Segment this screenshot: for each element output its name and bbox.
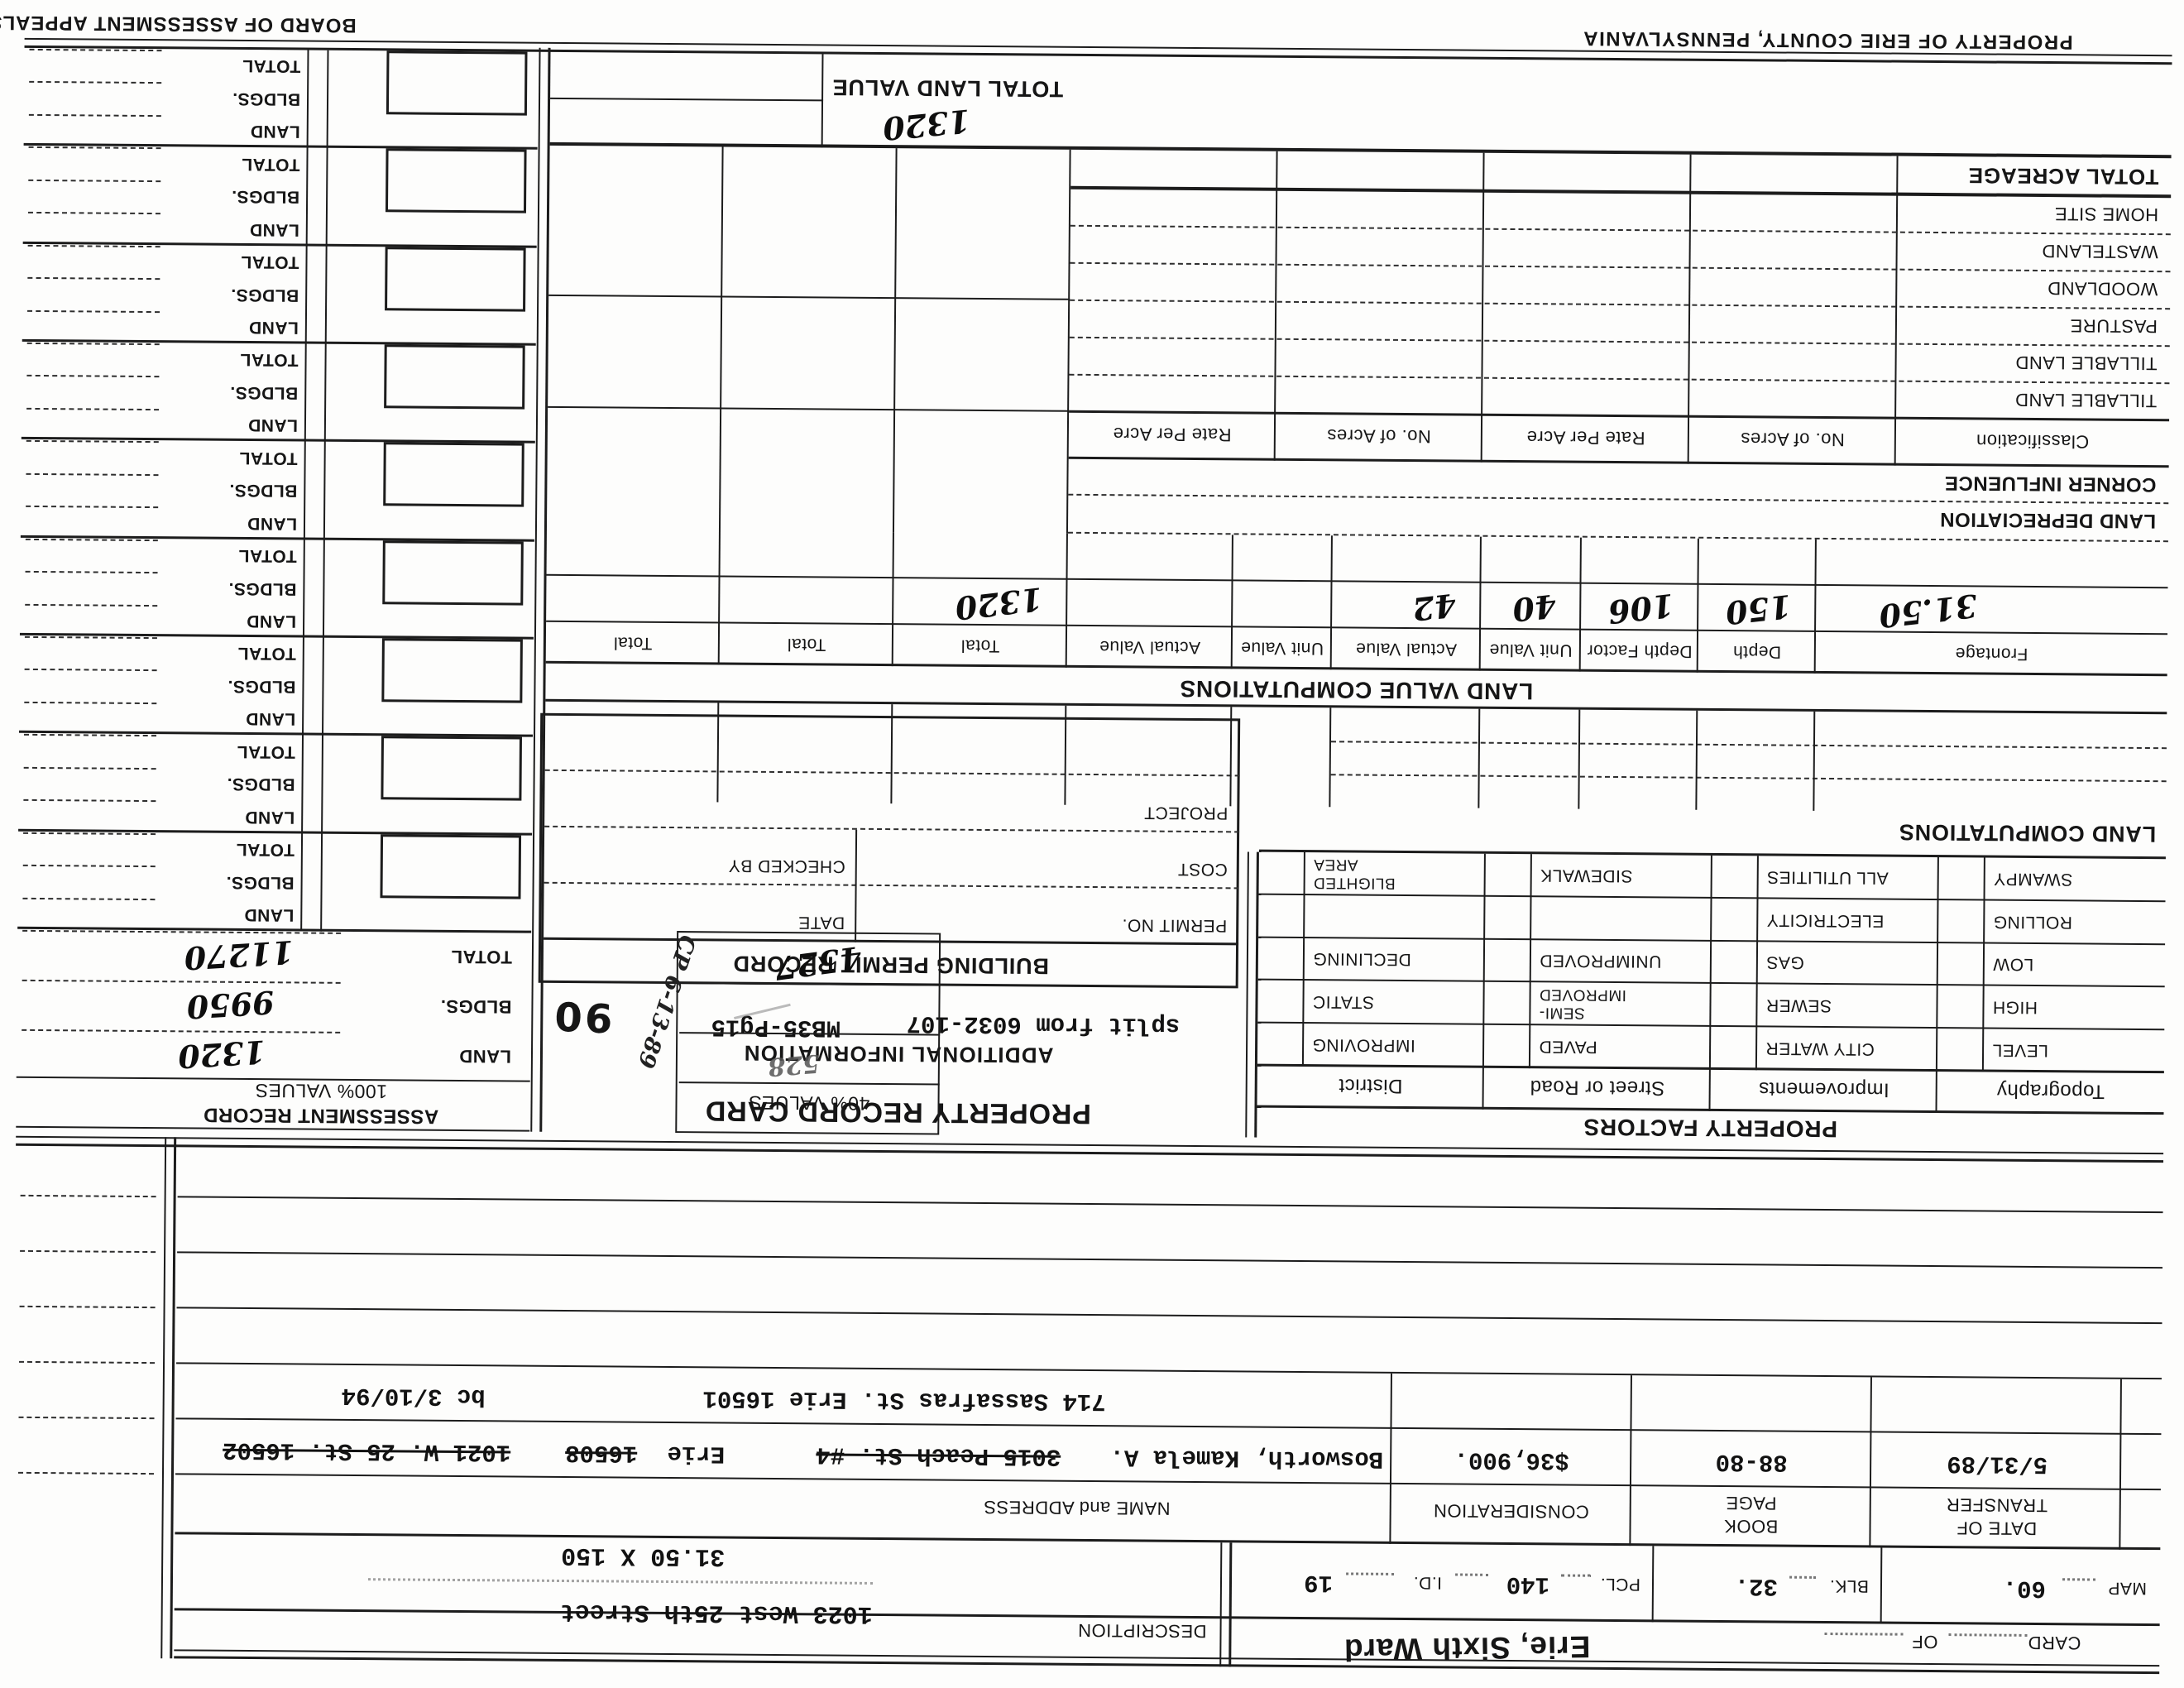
permit-cost-label: COST <box>1177 859 1228 879</box>
hundred-pct-header: 100% VALUES <box>113 1078 530 1104</box>
grid-line <box>160 1137 166 1658</box>
grid-line <box>1880 1548 1883 1624</box>
assessment-row-label: TOTAL <box>237 741 295 762</box>
assessment-row-label: LAND <box>248 415 299 434</box>
assessment-record-title: ASSESSMENT RECORD <box>112 1102 529 1129</box>
pcl-label: PCL. <box>1600 1574 1640 1594</box>
assessment-row-label: BLDGS. <box>228 578 297 598</box>
card-label: CARD <box>2028 1632 2081 1654</box>
rule <box>550 98 823 102</box>
assessment-year-box <box>383 443 524 507</box>
lvc-header: Total <box>893 635 1067 656</box>
classification-row-label: TILLABLE LAND <box>2015 352 2158 374</box>
rule <box>26 539 158 541</box>
grid-line <box>2119 1379 2122 1550</box>
classification-header: Rate Per Acre <box>1069 423 1276 446</box>
factor-option: CITY WATER <box>1765 1038 1937 1059</box>
dotted-leader <box>1346 1572 1394 1575</box>
permit-no-label: PERMIT NO. <box>1122 914 1227 935</box>
assessment-row-label: LAND <box>250 121 300 141</box>
transfer-header-consideration: CONSIDERATION <box>1391 1499 1631 1523</box>
corner-influence-label: CORNER INFLUENCE <box>1944 471 2156 496</box>
assessment-100pct-value: 9950 <box>185 984 275 1026</box>
transfer-book-page: 88-80 <box>1631 1447 1871 1476</box>
assessment-row-label: TOTAL <box>242 55 301 76</box>
rule <box>550 142 2172 158</box>
blk-label: BLK. <box>1829 1575 1869 1595</box>
lot-dimensions: 31.50 X 150 <box>561 1541 725 1571</box>
rule <box>1070 225 2171 235</box>
rule <box>23 865 156 867</box>
rule <box>27 343 160 345</box>
forty-pct-header: 40% VALUES <box>678 1091 939 1115</box>
assessment-year-box <box>381 638 523 703</box>
rule <box>26 375 159 377</box>
pcl-value: 140 <box>1506 1571 1549 1598</box>
transfer-header-book: BOOK <box>1631 1514 1870 1537</box>
rule <box>19 1361 155 1364</box>
assessment-row-label: BLDGS. <box>229 480 298 501</box>
assessment-row-label: BLDGS. <box>227 676 296 697</box>
factor-option: AREA <box>1314 855 1486 875</box>
owner-name: Bosworth, Kamela A. <box>1109 1443 1383 1473</box>
classification-row-label: HOME SITE <box>2054 203 2158 225</box>
grid-line <box>1695 711 1698 810</box>
rule <box>1069 374 2169 384</box>
factor-option: LOW <box>1993 954 2165 976</box>
factor-option: BLIGHTED <box>1314 873 1486 893</box>
lvc-value: 31.50 <box>1877 587 1979 635</box>
assessment-row-label: BLDGS. <box>232 186 300 207</box>
assessment-year-box <box>386 149 527 213</box>
factor-column-header: Improvements <box>1711 1077 1937 1101</box>
grid-line <box>1329 707 1331 807</box>
assessment-row-label: TOTAL <box>240 349 299 370</box>
permit-project-label: PROJECT <box>1144 802 1228 822</box>
lvc-header: Depth Factor <box>1581 640 1698 661</box>
transfer-header-date: DATE OF <box>1872 1516 2120 1539</box>
map-value: 60. <box>2003 1575 2046 1602</box>
rule <box>27 277 160 280</box>
factor-option: PAVED <box>1539 1036 1711 1057</box>
assessment-row-label: TOTAL <box>237 643 296 664</box>
rule <box>1070 262 2171 272</box>
factor-option: STATIC <box>1312 991 1484 1013</box>
assessment-row-label: TOTAL <box>242 154 300 175</box>
rule <box>178 1196 2163 1213</box>
ward-stamp: Erie, Sixth Ward <box>1343 1629 1591 1667</box>
rule <box>26 473 158 476</box>
rule <box>27 309 160 312</box>
classification-row-label: WASTELAND <box>2042 240 2158 262</box>
total-land-value-amount: 1320 <box>881 102 972 147</box>
lvc-header: Depth <box>1698 641 1816 662</box>
lvc-header: Unit Value <box>1233 637 1332 658</box>
rule <box>20 1250 156 1253</box>
rule <box>177 1307 2162 1324</box>
owner-address-current: 714 Sassafras St. Erie 16501 <box>702 1384 1106 1415</box>
lvc-header: Actual Value <box>1067 636 1233 658</box>
card-rotated-180: CARD OF Erie, Sixth Ward MAP 60. BLK. 32… <box>12 15 2172 1674</box>
id-value: 19 <box>1304 1569 1333 1596</box>
rule <box>22 897 155 899</box>
scanned-property-record-card: CARD OF Erie, Sixth Ward MAP 60. BLK. 32… <box>0 0 2184 1688</box>
permit-date-label: DATE <box>798 912 845 932</box>
owner-address2-struck: 1021 W. 25 St. 16502 <box>223 1436 510 1466</box>
factor-option: IMPROVED <box>1540 985 1712 1005</box>
footer-right: BOARD OF ASSESSMENT APPEALS <box>0 10 357 36</box>
lvc-header: Total <box>720 633 893 655</box>
rule <box>24 702 156 704</box>
factor-option: SWAMPY <box>1994 868 2166 890</box>
rule <box>1331 774 2167 782</box>
rule <box>26 571 158 573</box>
grid-line <box>170 1137 176 1658</box>
grid-line <box>1869 1377 1872 1547</box>
description-label: DESCRIPTION <box>1078 1619 1207 1642</box>
total-acreage-label: TOTAL ACREAGE <box>1968 162 2159 189</box>
rule <box>1068 494 2168 504</box>
factor-column-header: Street or Road <box>1484 1075 1711 1100</box>
dotted-leader <box>1825 1633 1904 1636</box>
rule <box>1070 337 2170 347</box>
assessment-row-label: LAND <box>249 219 299 239</box>
rule <box>26 408 159 410</box>
grid-line <box>1755 856 1759 1070</box>
rule <box>548 295 1070 300</box>
grid-line <box>1813 712 1815 811</box>
id-label: I.D. <box>1413 1572 1442 1592</box>
rule <box>1069 410 2169 421</box>
grid-line <box>300 50 309 932</box>
grid-line <box>1302 852 1305 1067</box>
assessment-row-label: TOTAL <box>451 946 512 968</box>
rule <box>29 146 161 149</box>
factor-option: LEVEL <box>1992 1040 2164 1062</box>
factor-option: ELECTRICITY <box>1766 909 1938 931</box>
rule <box>26 506 158 508</box>
assessment-row-label: BLDGS. <box>232 89 301 109</box>
grid-line <box>1652 1546 1655 1622</box>
lvc-header: Frontage <box>1816 642 2167 664</box>
factor-option: ALL UTILITIES <box>1767 866 1939 888</box>
transfer-header-date2: TRANSFER <box>1873 1493 2121 1516</box>
rule <box>28 212 160 214</box>
factor-option: UNIMPROVED <box>1540 951 1712 972</box>
classification-header: Rate Per Acre <box>1482 426 1689 449</box>
factor-option: HIGH <box>1992 997 2164 1019</box>
lvc-value: 1320 <box>953 580 1044 627</box>
grid-line <box>1478 709 1480 808</box>
classification-header: No. of Acres <box>1276 424 1482 448</box>
rule <box>1331 741 2167 749</box>
rule <box>25 669 157 671</box>
assessment-row-label: LAND <box>248 317 299 337</box>
grid-line <box>1228 1542 1232 1666</box>
rule <box>1069 457 2169 468</box>
factor-column-header: Topography <box>1937 1078 2164 1103</box>
lvc-value: 42 <box>1410 586 1458 628</box>
transfer-consideration: $36,900. <box>1391 1446 1631 1475</box>
grid-line <box>719 146 724 530</box>
rule <box>177 1251 2162 1268</box>
rule <box>26 440 159 443</box>
lvc-value: 106 <box>1607 587 1676 631</box>
total-land-value-label: TOTAL LAND VALUE <box>832 74 1064 102</box>
assessment-row-label: BLDGS. <box>226 871 295 892</box>
rule <box>29 114 161 117</box>
rule <box>19 1417 155 1419</box>
grid-line <box>1529 854 1532 1068</box>
grid-line <box>320 50 328 932</box>
rule <box>23 799 156 802</box>
factor-option: DECLINING <box>1313 949 1485 971</box>
owner-address-struck: 3015 Peach St. #4 <box>816 1441 1061 1470</box>
street-address: 1023 West 25th Street <box>560 1597 873 1628</box>
map-label: MAP <box>2108 1578 2147 1598</box>
rule <box>548 406 1069 412</box>
dotted-leader <box>1789 1576 1816 1579</box>
lvc-value: 40 <box>1511 587 1559 629</box>
classification-row-label: PASTURE <box>2070 314 2158 337</box>
lvc-header: Actual Value <box>1332 638 1481 659</box>
property-factors-title: PROPERTY FACTORS <box>1257 1111 2163 1145</box>
rule <box>547 574 2168 588</box>
assessment-row-label: LAND <box>244 904 295 924</box>
grid-line <box>893 148 898 532</box>
factor-option: SEMI- <box>1539 1003 1711 1023</box>
rule <box>25 636 157 639</box>
classification-header: Classification <box>1896 429 2169 453</box>
assessment-row-label: TOTAL <box>241 252 299 272</box>
grid-line <box>1245 851 1249 1137</box>
assessment-year-box <box>382 540 524 605</box>
transfer-header-page: PAGE <box>1631 1491 1871 1514</box>
lvc-header: Unit Value <box>1481 640 1581 660</box>
assessment-year-box <box>380 834 521 899</box>
rule <box>21 1195 156 1197</box>
rule <box>22 980 341 984</box>
factor-option: GAS <box>1766 952 1938 974</box>
owner-address-note: bc 3/10/94 <box>342 1382 486 1410</box>
factor-option: SIDEWALK <box>1540 865 1712 886</box>
assessment-row-label: LAND <box>245 807 295 827</box>
assessment-row-label: LAND <box>246 708 296 728</box>
owner-zip-struck: 16508 <box>565 1439 637 1467</box>
rule <box>29 49 161 51</box>
rule <box>28 245 160 247</box>
transfer-header-name: NAME and ADDRESS <box>763 1494 1391 1521</box>
factor-option: ROLLING <box>1993 911 2165 933</box>
rule <box>1070 300 2170 309</box>
assessment-row-label: LAND <box>459 1045 511 1067</box>
assessment-row-label: TOTAL <box>239 448 298 468</box>
grid-line <box>1578 710 1580 809</box>
rule <box>20 1306 156 1308</box>
rule <box>176 1417 2162 1435</box>
assessment-row-label: BLDGS. <box>227 774 295 794</box>
lvc-header: Total <box>546 632 720 654</box>
assessment-year-box <box>385 247 526 311</box>
assessment-row-label: TOTAL <box>236 839 295 860</box>
dotted-leader <box>1949 1633 2028 1637</box>
rule <box>16 1144 2163 1163</box>
split-note: split from 6032-107 <box>907 1009 1181 1039</box>
dotted-leader <box>1455 1573 1488 1575</box>
land-depreciation-label: LAND DEPRECIATION <box>1940 507 2157 532</box>
rule <box>24 734 156 736</box>
rule <box>24 767 156 770</box>
rule <box>28 180 160 182</box>
land-computations-title: LAND COMPUTATIONS <box>1899 819 2156 846</box>
transfer-date: 5/31/89 <box>1873 1449 2121 1478</box>
dotted-leader <box>2062 1578 2095 1580</box>
dotted-rule <box>368 1578 873 1585</box>
lvc-value: 150 <box>1724 587 1794 632</box>
assessment-100pct-value: 11270 <box>183 933 295 977</box>
rule <box>25 603 157 606</box>
classification-row-label: WOODLAND <box>2047 277 2158 300</box>
assessment-row-label: LAND <box>247 611 297 631</box>
blk-value: 32. <box>1735 1572 1778 1599</box>
assessment-year-box <box>386 50 528 115</box>
classification-row-label: TILLABLE LAND <box>2015 389 2158 411</box>
assessment-row-label: BLDGS. <box>230 382 299 403</box>
assessment-row-label: TOTAL <box>238 545 297 566</box>
rule <box>176 1362 2162 1379</box>
assessment-year-box <box>384 344 525 409</box>
rule <box>22 1029 340 1033</box>
rule <box>18 1472 154 1475</box>
assessment-row-label: BLDGS. <box>440 995 511 1018</box>
assessment-row-label: BLDGS. <box>231 284 299 305</box>
rule <box>29 81 161 84</box>
of-label: OF <box>1912 1631 1938 1652</box>
forty-pct-land-scribble: 528 <box>767 1048 821 1081</box>
factor-option: IMPROVING <box>1312 1034 1484 1056</box>
owner-address-city: Erie <box>667 1440 725 1468</box>
grid-line <box>1982 857 1985 1072</box>
assessment-year-box <box>381 736 522 801</box>
footer-left: PROPERTY OF ERIE COUNTY, PENNSYLVANIA <box>1583 26 2073 54</box>
dotted-leader <box>1561 1574 1591 1576</box>
grid-line <box>1066 150 1071 534</box>
grid-line <box>1219 1542 1222 1666</box>
permit-checked-by-label: CHECKED BY <box>728 856 845 876</box>
ninety-stamp: 90 <box>551 992 613 1041</box>
rule <box>23 832 156 835</box>
classification-header: No. of Acres <box>1689 428 1896 451</box>
factor-option: SEWER <box>1765 995 1937 1017</box>
assessment-row-label: LAND <box>247 513 298 533</box>
assessment-100pct-value: 1320 <box>177 1033 266 1076</box>
factor-column-header: District <box>1257 1073 1484 1098</box>
